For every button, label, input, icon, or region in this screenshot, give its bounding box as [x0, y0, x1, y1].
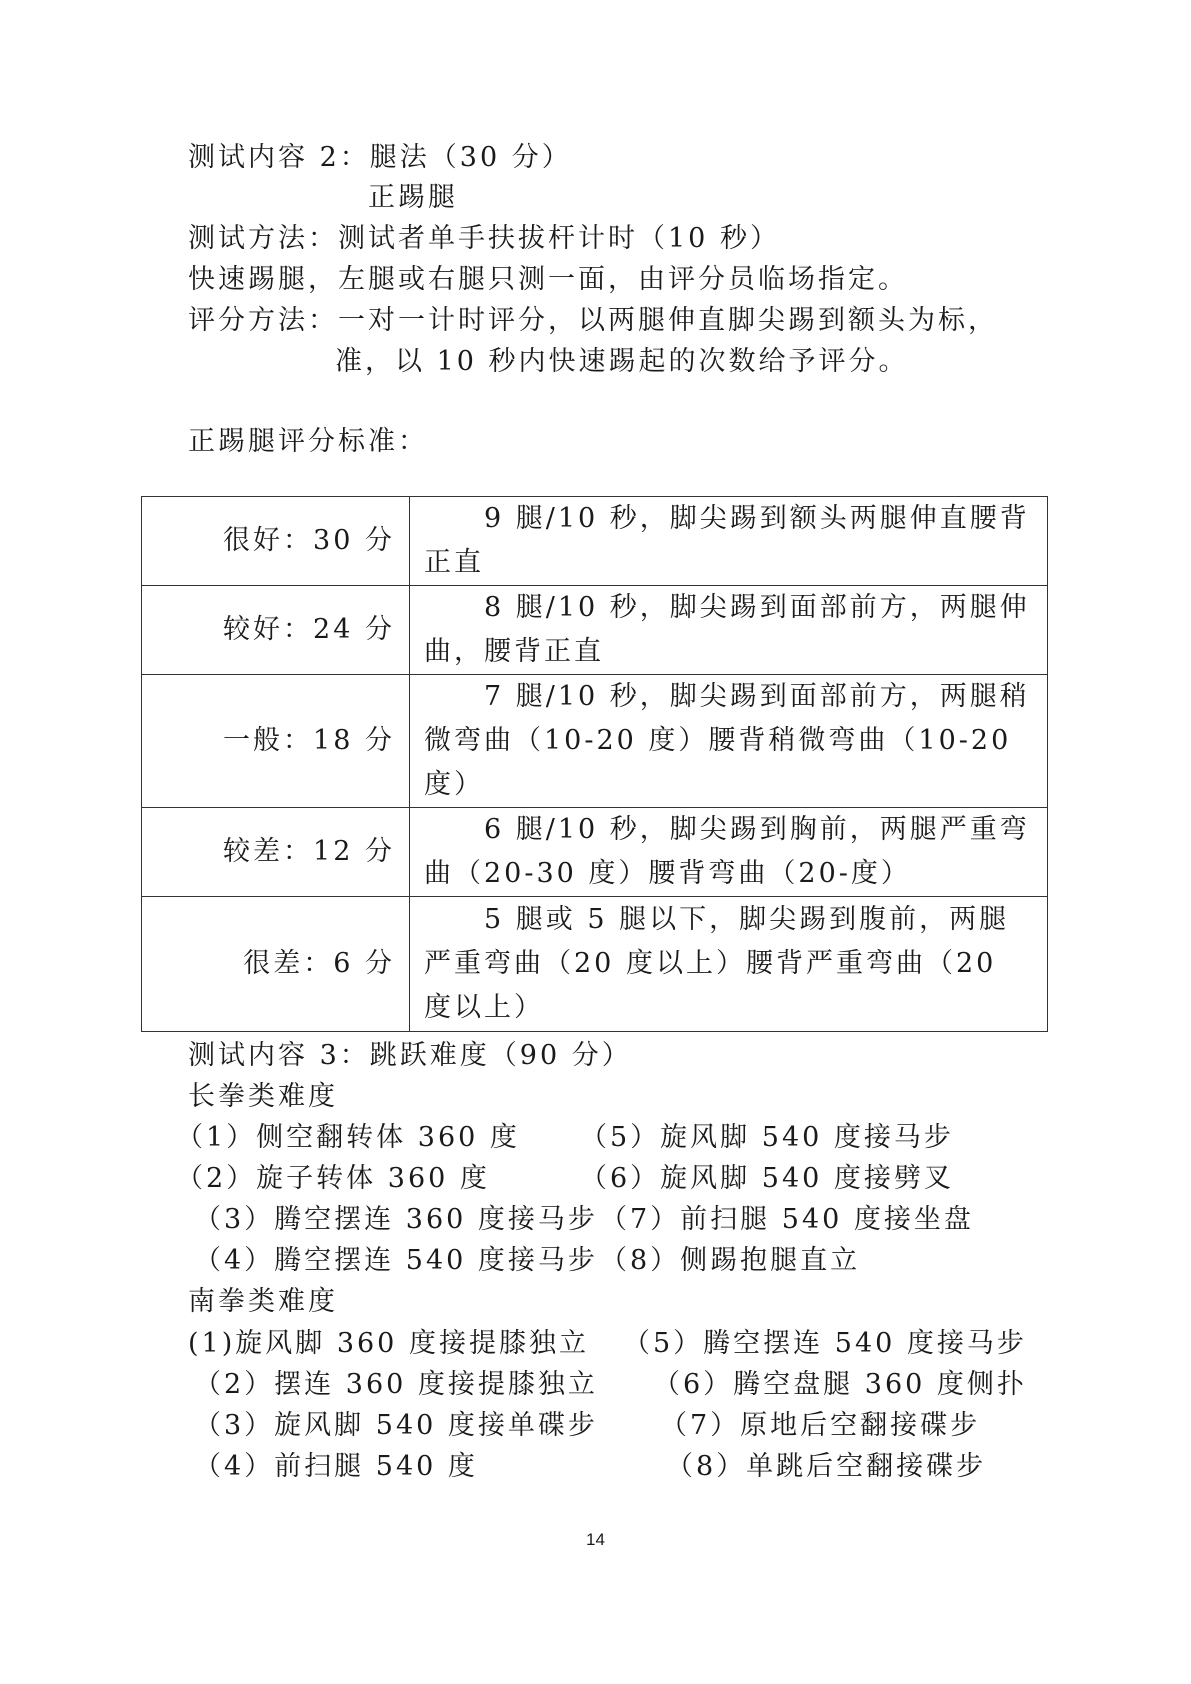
nanquan-item: （7）原地后空翻接碟步	[660, 1408, 980, 1444]
description-cell: 5 腿或 5 腿以下，脚尖踢到腹前，两腿严重弯曲（20 度以上）腰背严重弯曲（2…	[410, 897, 1048, 1032]
table-row: 一般：18 分 7 腿/10 秒，脚尖踢到面部前方，两腿稍微弯曲（10-20 度…	[142, 675, 1048, 808]
changquan-item: （6）旋风脚 540 度接劈叉	[580, 1161, 954, 1197]
section-3-heading: 测试内容 3：跳跃难度（90 分）	[188, 1038, 632, 1074]
table-row: 较差：12 分 6 腿/10 秒，脚尖踢到胸前，两腿严重弯曲（20-30 度）腰…	[142, 808, 1048, 897]
section-2-heading: 测试内容 2：腿法（30 分）	[188, 140, 572, 176]
nanquan-item: （8）单跳后空翻接碟步	[666, 1449, 986, 1485]
nanquan-item: （2）摆连 360 度接提膝独立	[194, 1367, 598, 1403]
table-row: 很差：6 分 5 腿或 5 腿以下，脚尖踢到腹前，两腿严重弯曲（20 度以上）腰…	[142, 897, 1048, 1032]
nanquan-item: （5）腾空摆连 540 度接马步	[623, 1326, 1027, 1362]
table-row: 较好：24 分 8 腿/10 秒，脚尖踢到面部前方，两腿伸曲，腰背正直	[142, 586, 1048, 675]
table-title: 正踢腿评分标准：	[188, 424, 428, 460]
description-cell: 9 腿/10 秒，脚尖踢到额头两腿伸直腰背正直	[410, 497, 1048, 586]
test-method-line-2: 快速踢腿，左腿或右腿只测一面，由评分员临场指定。	[188, 262, 908, 298]
nanquan-title: 南拳类难度	[188, 1284, 338, 1320]
table-row: 很好：30 分 9 腿/10 秒，脚尖踢到额头两腿伸直腰背正直	[142, 497, 1048, 586]
changquan-item: （2）旋子转体 360 度	[176, 1161, 490, 1197]
scoring-standard-table: 很好：30 分 9 腿/10 秒，脚尖踢到额头两腿伸直腰背正直 较好：24 分 …	[141, 496, 1048, 1032]
changquan-item: （3）腾空摆连 360 度接马步	[194, 1202, 598, 1238]
grade-cell: 较好：24 分	[142, 586, 410, 675]
page-number: 14	[0, 1530, 1191, 1550]
changquan-item: （1）侧空翻转体 360 度	[176, 1120, 520, 1156]
nanquan-item: (1)旋风脚 360 度接提膝独立	[188, 1326, 589, 1362]
scoring-method-line-2: 准，以 10 秒内快速踢起的次数给予评分。	[335, 344, 909, 380]
changquan-item: （4）腾空摆连 540 度接马步	[194, 1243, 598, 1279]
changquan-item: （8）侧踢抱腿直立	[600, 1243, 860, 1279]
nanquan-item: （3）旋风脚 540 度接单碟步	[194, 1408, 598, 1444]
grade-cell: 一般：18 分	[142, 675, 410, 808]
nanquan-item: （6）腾空盘腿 360 度侧扑	[653, 1367, 1027, 1403]
changquan-title: 长拳类难度	[188, 1079, 338, 1115]
grade-cell: 很好：30 分	[142, 497, 410, 586]
scoring-method-line-1: 评分方法：一对一计时评分，以两腿伸直脚尖踢到额头为标，	[188, 303, 998, 339]
grade-cell: 很差：6 分	[142, 897, 410, 1032]
description-cell: 6 腿/10 秒，脚尖踢到胸前，两腿严重弯曲（20-30 度）腰背弯曲（20-度…	[410, 808, 1048, 897]
changquan-item: （7）前扫腿 540 度接坐盘	[600, 1202, 974, 1238]
description-cell: 8 腿/10 秒，脚尖踢到面部前方，两腿伸曲，腰背正直	[410, 586, 1048, 675]
nanquan-item: （4）前扫腿 540 度	[194, 1449, 478, 1485]
grade-cell: 较差：12 分	[142, 808, 410, 897]
test-method-line: 测试方法：测试者单手扶拔杆计时（10 秒）	[188, 221, 780, 257]
section-2-subheading: 正踢腿	[368, 180, 458, 216]
changquan-item: （5）旋风脚 540 度接马步	[580, 1120, 954, 1156]
description-cell: 7 腿/10 秒，脚尖踢到面部前方，两腿稍微弯曲（10-20 度）腰背稍微弯曲（…	[410, 675, 1048, 808]
